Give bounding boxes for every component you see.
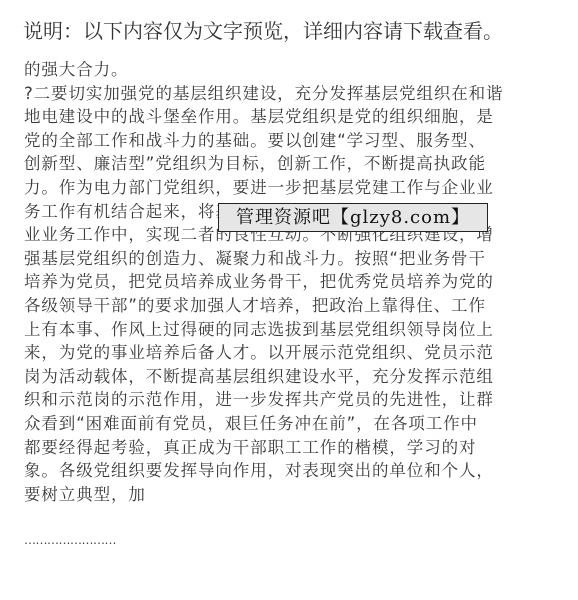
truncation-marker: …………………… xyxy=(24,533,116,547)
text-line: 强基层党组织的创造力、凝聚力和战斗力。按照“把业务骨干 xyxy=(24,247,552,271)
text-line: 上有本事、作风上过得硬的同志选拔到基层党组织领导岗位上 xyxy=(24,318,552,342)
text-line: 来，为党的事业培养后备人才。以开展示范党组织、党员示范 xyxy=(24,341,552,365)
text-line: 地电建设中的战斗堡垒作用。基层党组织是党的组织细胞，是 xyxy=(24,105,552,129)
preview-notice: 说明：以下内容仅为文字预览，详细内容请下载查看。 xyxy=(23,18,503,44)
text-line: 的强大合力。 xyxy=(24,58,552,82)
text-line: 力。作为电力部门党组织，要进一步把基层党建工作与企业业 xyxy=(24,176,552,200)
text-line: 织和示范岗的示范作用，进一步发挥共产党员的先进性，让群 xyxy=(24,388,552,412)
text-line: 培养为党员，把党员培养成业务骨干，把优秀党员培养为党的 xyxy=(24,270,552,294)
watermark-banner: 管理资源吧【glzy8.com】 xyxy=(218,203,488,232)
document-preview-text: 的强大合力。 ?二要切实加强党的基层组织建设，充分发挥基层党组织在和谐 地电建设… xyxy=(24,58,552,506)
text-line: 都要经得起考验，真正成为干部职工工作的楷模，学习的对 xyxy=(24,436,552,460)
text-line: ?二要切实加强党的基层组织建设，充分发挥基层党组织在和谐 xyxy=(24,82,552,106)
text-line: 象。各级党组织要发挥导向作用，对表现突出的单位和个人， xyxy=(24,459,552,483)
text-line: 众看到“困难面前有党员，艰巨任务冲在前”，在各项工作中 xyxy=(24,412,552,436)
text-line: 岗为活动载体，不断提高基层组织建设水平，充分发挥示范组 xyxy=(24,365,552,389)
text-line: 各级领导干部”的要求加强人才培养，把政治上靠得住、工作 xyxy=(24,294,552,318)
text-line: 党的全部工作和战斗力的基础。要以创建“学习型、服务型、 xyxy=(24,129,552,153)
text-line: 创新型、廉洁型”党组织为目标，创新工作，不断提高执政能 xyxy=(24,152,552,176)
text-line: 要树立典型，加 xyxy=(24,483,552,507)
